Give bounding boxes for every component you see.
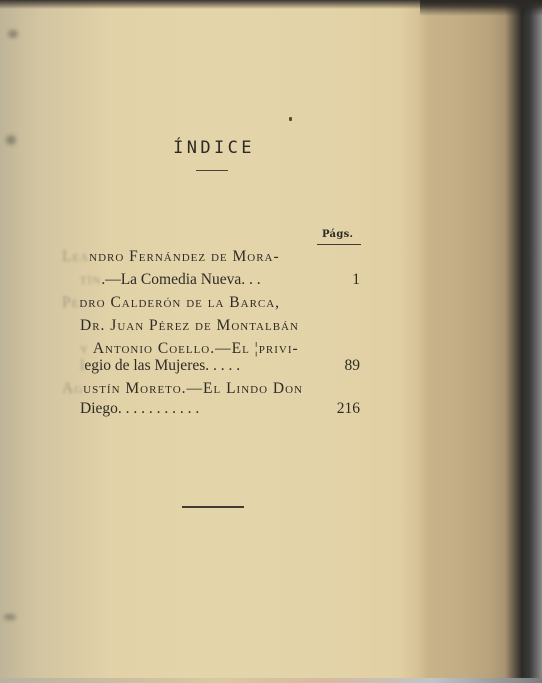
- toc-page-number: 89: [320, 357, 360, 375]
- author-name: ndro Fernández de Mora-: [89, 248, 280, 265]
- toc-entry-author: Dr. Juan Pérez de Montalbán: [80, 317, 299, 335]
- work-title: egio de las Mujeres. . . . .: [84, 357, 240, 374]
- page-column-rule: [317, 244, 361, 245]
- title-rule: [196, 170, 228, 171]
- author-name: Dr. Juan Pérez de Montalbán: [80, 317, 299, 334]
- page-column-label: Págs.: [322, 229, 353, 240]
- smudge: [6, 135, 16, 145]
- work-title: Diego. . . . . . . . . . .: [80, 400, 199, 417]
- author-name: Antonio Coello.—El ¦privi-: [93, 340, 299, 357]
- faded-text: Ag: [62, 380, 83, 397]
- toc-page-number: 216: [320, 400, 360, 418]
- toc-entry-author: Pedro Calderón de la Barca,: [62, 294, 280, 312]
- author-name: ustín Moreto.—El Lindo Don: [83, 380, 303, 397]
- faded-text: l: [80, 357, 84, 374]
- ink-speck: [289, 117, 292, 121]
- top-right-shadow: [420, 0, 542, 16]
- bottom-edge: [0, 678, 542, 683]
- toc-entry-title: legio de las Mujeres. . . . .: [80, 357, 240, 375]
- toc-entry-author: y Antonio Coello.—El ¦privi-: [80, 340, 299, 358]
- faded-text: y: [80, 340, 89, 357]
- faded-text: tín: [80, 271, 101, 288]
- toc-entry-title: tín.—La Comedia Nueva. . .: [80, 271, 261, 289]
- toc-entry-author: Leandro Fernández de Mora-: [62, 248, 280, 266]
- faded-text: Pe: [62, 294, 79, 311]
- smudge: [4, 614, 16, 620]
- work-title: .—La Comedia Nueva. . .: [101, 271, 260, 288]
- smudge: [8, 30, 18, 38]
- author-name: dro Calderón de la Barca,: [79, 294, 280, 311]
- toc-entry-author: Agustín Moreto.—El Lindo Don: [62, 380, 303, 398]
- closing-rule: [182, 506, 244, 508]
- faded-text: Lea: [62, 248, 89, 265]
- toc-entry-title: Diego. . . . . . . . . . .: [80, 400, 199, 418]
- page-title: ÍNDICE: [155, 138, 273, 158]
- toc-page-number: 1: [320, 271, 360, 289]
